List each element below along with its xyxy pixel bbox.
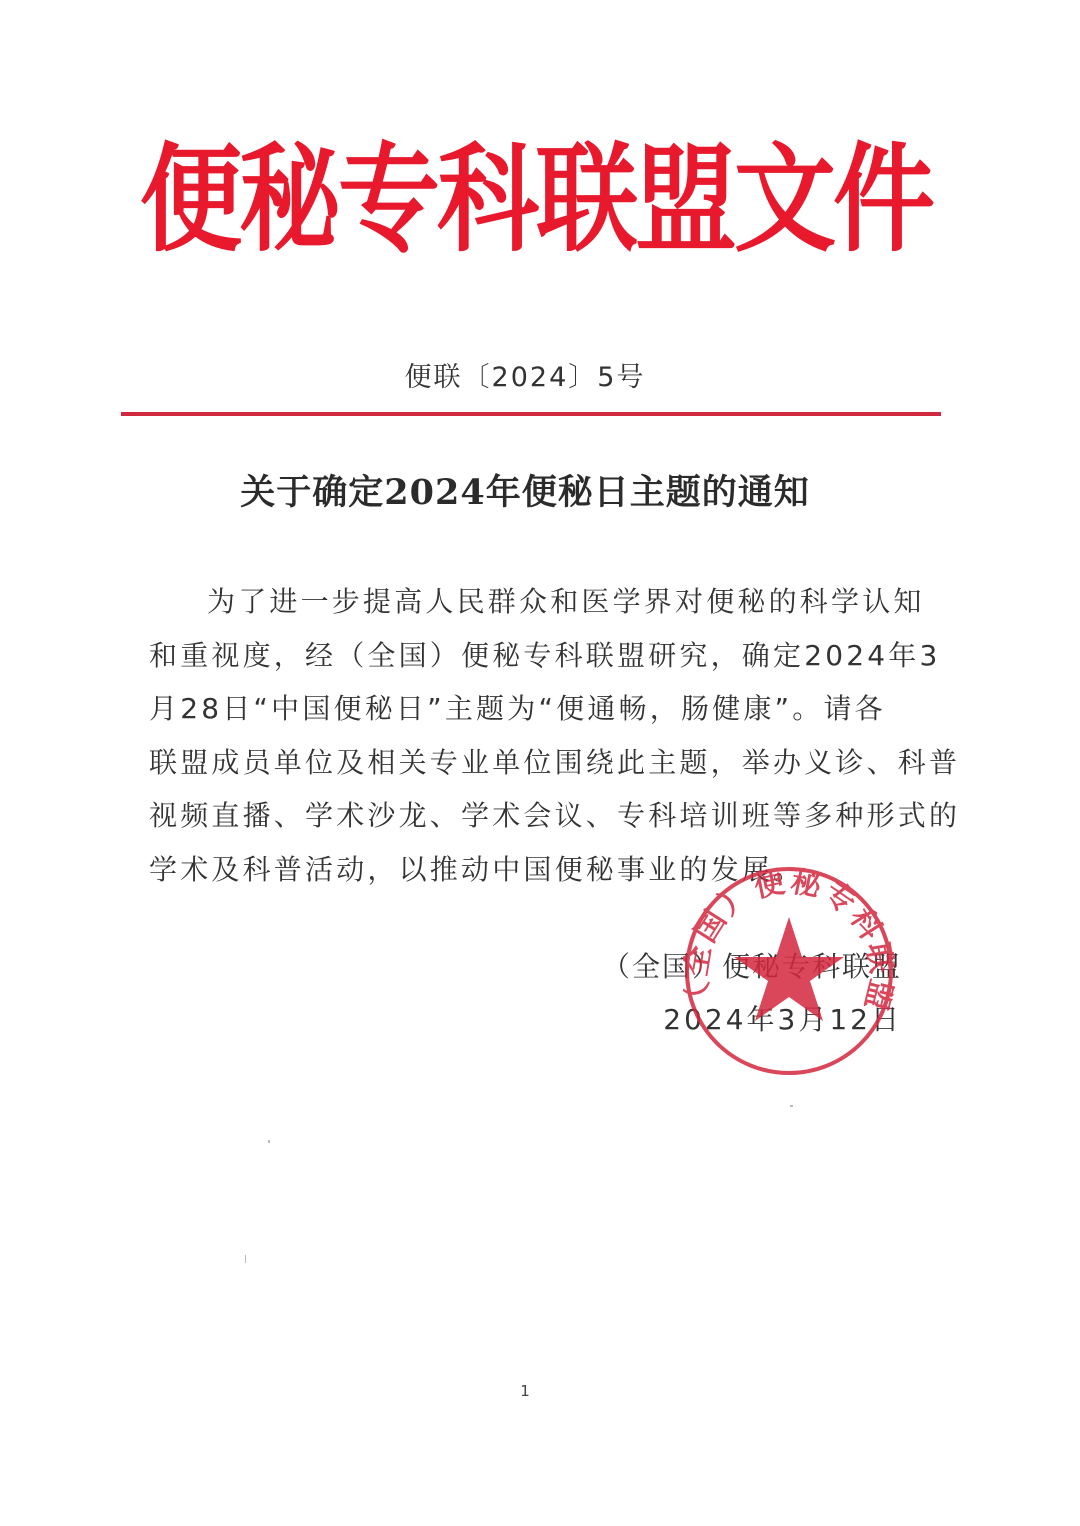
issue-date: 2024年3月12日 — [663, 998, 902, 1038]
body-line: 和重视度，经（全国）便秘专科联盟研究，确定2024年3 — [149, 629, 909, 683]
masthead-title: 便秘专科联盟文件 — [140, 129, 920, 273]
body-line: 月28日“中国便秘日”主题为“便通畅，肠健康”。请各 — [149, 682, 909, 736]
document-number: 便联〔2024〕5号 — [0, 355, 1050, 394]
body-line: 为了进一步提高人民群众和医学界对便秘的科学认知 — [149, 575, 909, 629]
signer-organization: （全国）便秘专科联盟 — [602, 945, 902, 985]
body-line: 学术及科普活动，以推动中国便秘事业的发展。 — [149, 843, 909, 897]
red-divider-line — [121, 412, 941, 416]
page-number: 1 — [0, 1382, 1050, 1400]
scan-speck — [268, 1140, 270, 1143]
scan-speck — [245, 1255, 246, 1263]
body-line: 视频直播、学术沙龙、学术会议、专科培训班等多种形式的 — [149, 789, 909, 843]
body-line: 联盟成员单位及相关专业单位围绕此主题，举办义诊、科普 — [149, 736, 909, 790]
notice-body: 为了进一步提高人民群众和医学界对便秘的科学认知 和重视度，经（全国）便秘专科联盟… — [149, 575, 909, 896]
scan-speck — [790, 1105, 793, 1107]
notice-title: 关于确定2024年便秘日主题的通知 — [0, 465, 1050, 515]
